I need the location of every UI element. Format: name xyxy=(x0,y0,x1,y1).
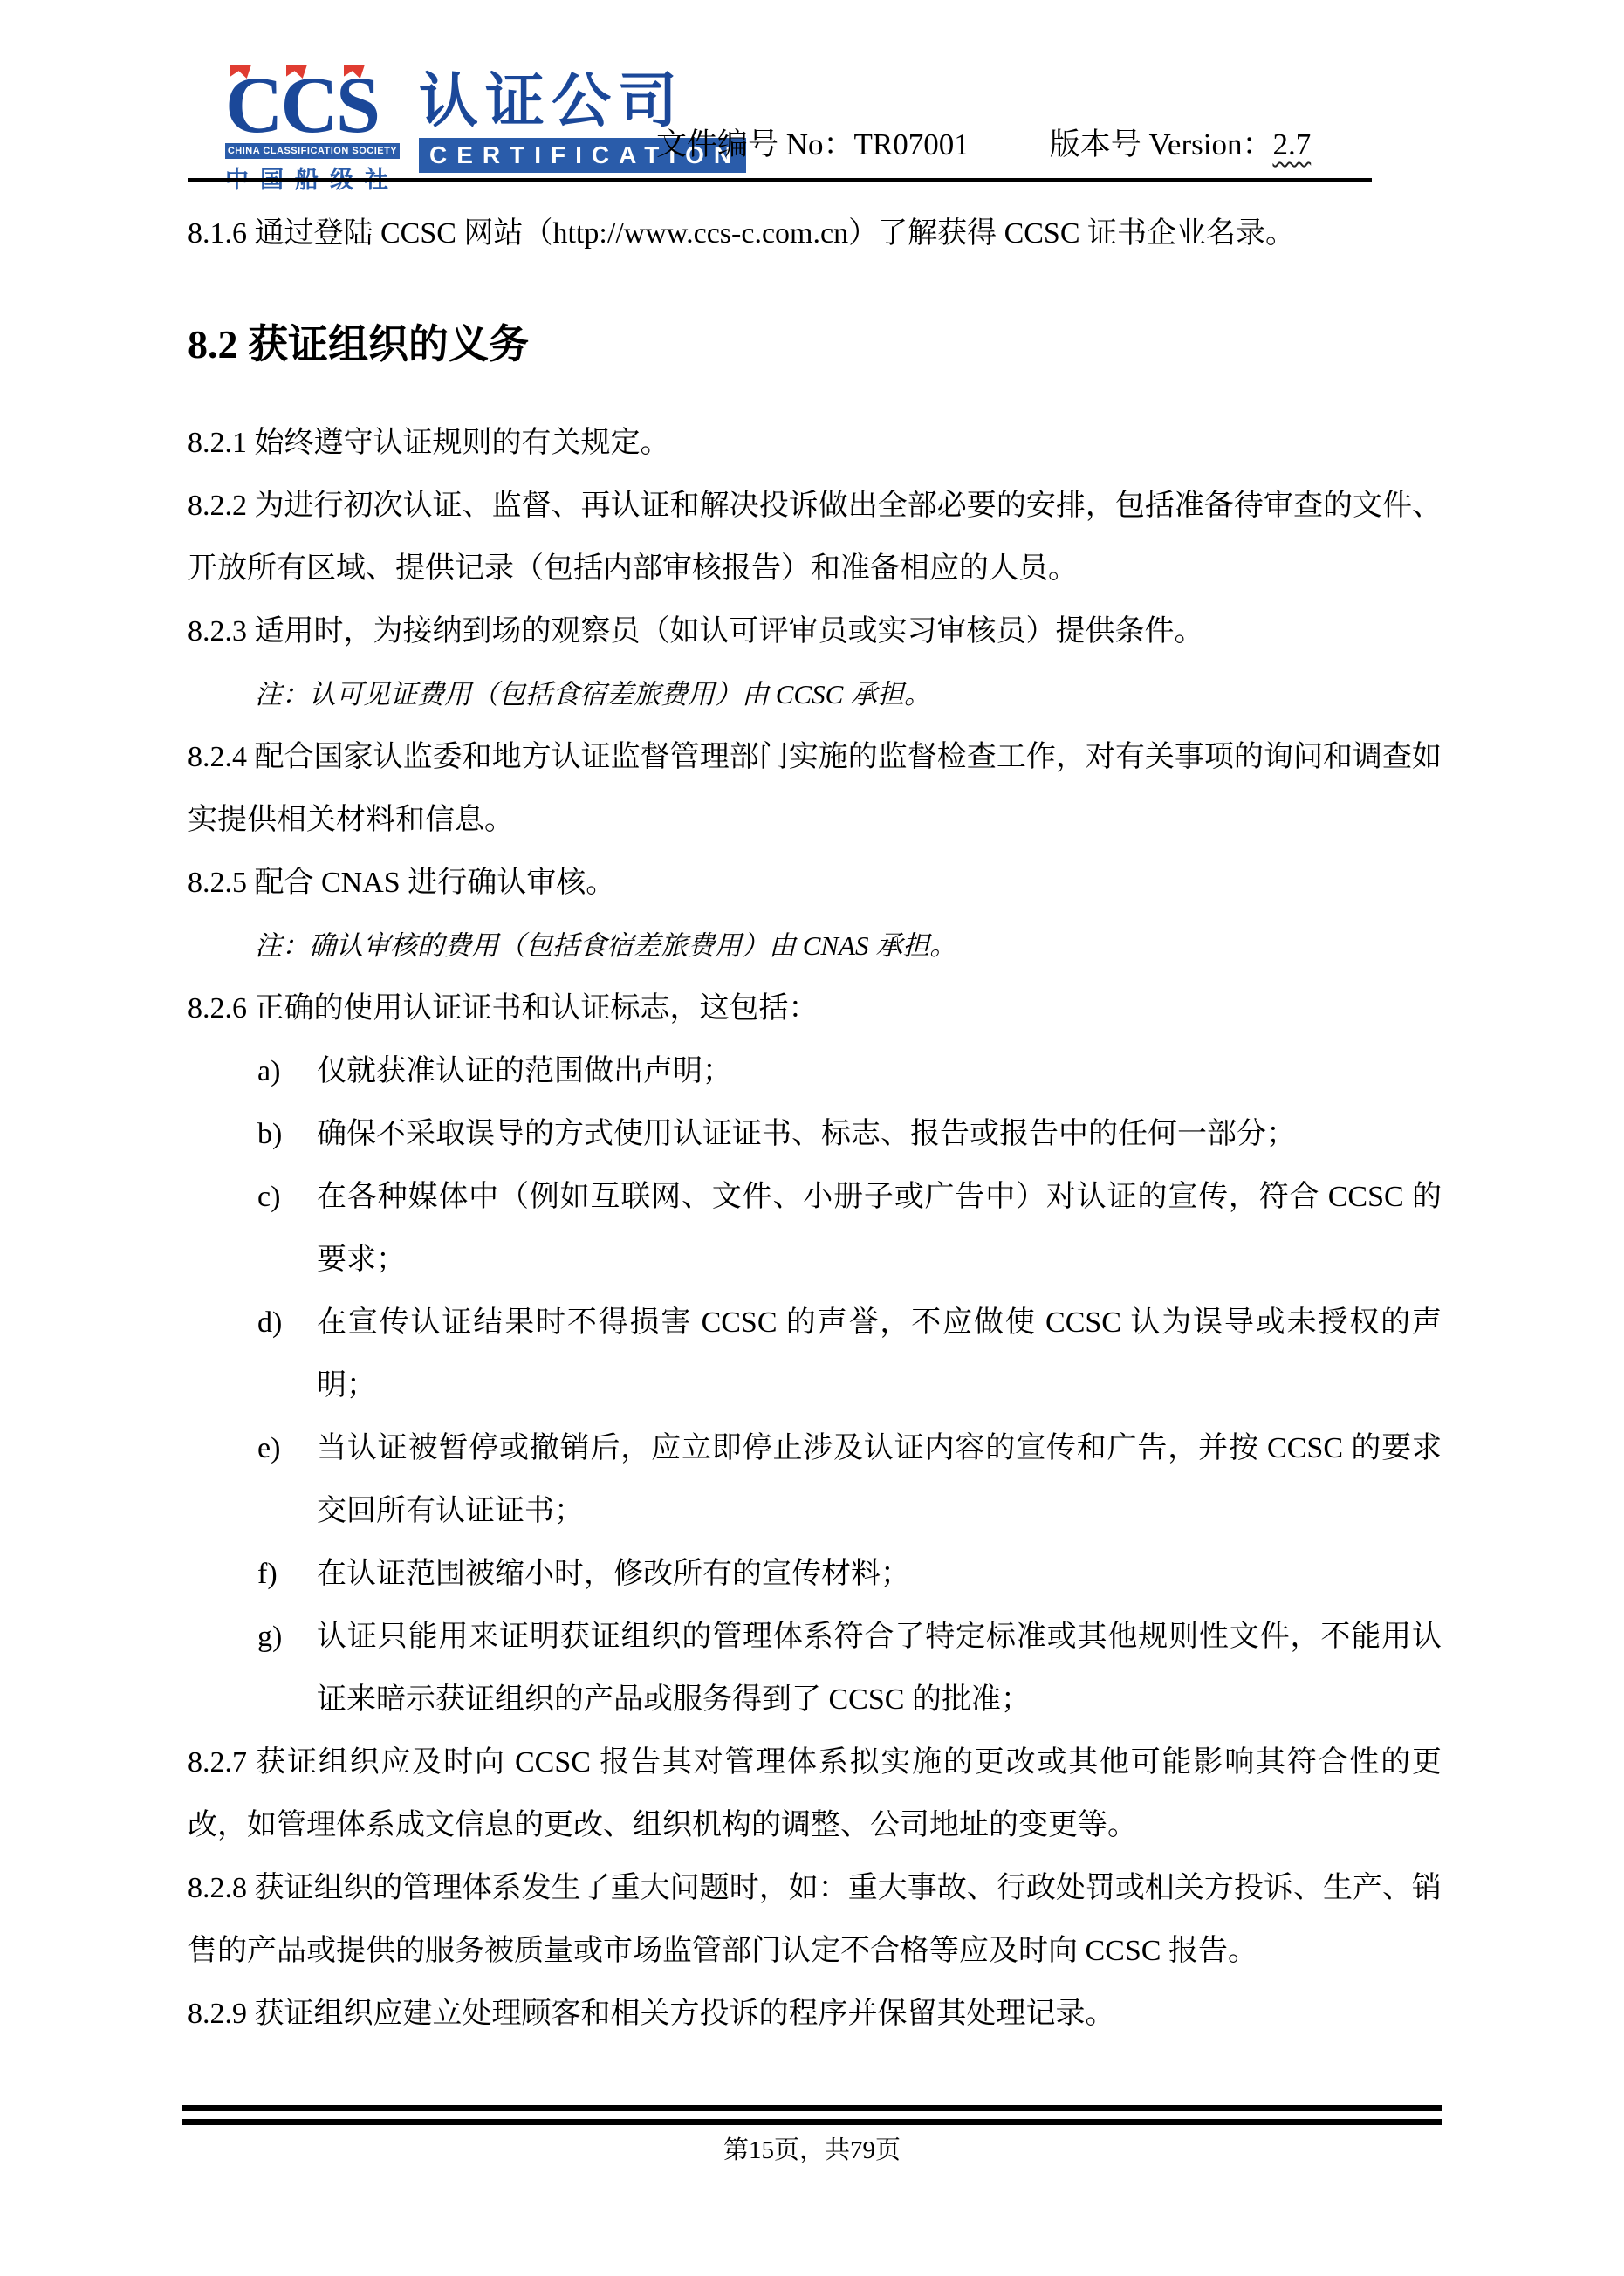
header-divider-line xyxy=(188,178,1372,182)
page-number: 第15页，共79页 xyxy=(0,2130,1624,2166)
logo-society-en: CHINA CLASSIFICATION SOCIETY xyxy=(225,143,400,159)
list-marker-e: e) xyxy=(257,1417,280,1480)
paragraph-8-2-2: 8.2.2 为进行初次认证、监督、再认证和解决投诉做出全部必要的安排，包括准备待… xyxy=(188,475,1442,600)
paragraph-8-1-6: 8.1.6 通过登陆 CCSC 网站（http://www.ccs-c.com.… xyxy=(188,202,1442,265)
list-text-b: 确保不采取误导的方式使用认证证书、标志、报告或报告中的任何一部分； xyxy=(317,1118,1296,1150)
list-item-b: b)确保不采取误导的方式使用认证证书、标志、报告或报告中的任何一部分； xyxy=(188,1103,1442,1166)
paragraph-8-2-5: 8.2.5 配合 CNAS 进行确认审核。 xyxy=(188,852,1442,915)
paragraph-8-2-4: 8.2.4 配合国家认监委和地方认证监督管理部门实施的监督检查工作，对有关事项的… xyxy=(188,726,1442,852)
list-text-d: 在宣传认证结果时不得损害 CCSC 的声誉，不应做使 CCSC 认为误导或未授权… xyxy=(317,1306,1442,1402)
list-text-g: 认证只能用来证明获证组织的管理体系符合了特定标准或其他规则性文件，不能用认证来暗… xyxy=(317,1621,1442,1716)
note-8-2-5: 注：确认审核的费用（包括食宿差旅费用）由 CNAS 承担。 xyxy=(188,915,1442,977)
list-item-f: f)在认证范围被缩小时，修改所有的宣传材料； xyxy=(188,1543,1442,1606)
paragraph-8-2-8: 8.2.8 获证组织的管理体系发生了重大问题时，如：重大事故、行政处罚或相关方投… xyxy=(188,1857,1442,1983)
version-label: 版本号 Version： xyxy=(1050,127,1273,161)
list-item-e: e)当认证被暂停或撤销后，应立即停止涉及认证内容的宣传和广告，并按 CCSC 的… xyxy=(188,1417,1442,1543)
footer-divider-line-bottom xyxy=(182,2119,1442,2125)
list-text-e: 当认证被暂停或撤销后，应立即停止涉及认证内容的宣传和广告，并按 CCSC 的要求… xyxy=(317,1432,1442,1527)
paragraph-8-2-3: 8.2.3 适用时，为接纳到场的观察员（如认可评审员或实习审核员）提供条件。 xyxy=(188,600,1442,663)
doc-no-label: 文件编号 No： xyxy=(656,127,854,161)
list-marker-g: g) xyxy=(257,1606,282,1669)
list-text-c: 在各种媒体中（例如互联网、文件、小册子或广告中）对认证的宣传，符合 CCSC 的… xyxy=(317,1181,1442,1276)
list-marker-d: d) xyxy=(257,1292,282,1354)
note-8-2-3: 注：认可见证费用（包括食宿差旅费用）由 CCSC 承担。 xyxy=(188,663,1442,726)
list-item-c: c)在各种媒体中（例如互联网、文件、小册子或广告中）对认证的宣传，符合 CCSC… xyxy=(188,1166,1442,1292)
list-item-g: g)认证只能用来证明获证组织的管理体系符合了特定标准或其他规则性文件，不能用认证… xyxy=(188,1606,1442,1731)
document-header-info: 文件编号 No：TR07001版本号 Version：2.7 xyxy=(656,120,1311,164)
list-marker-a: a) xyxy=(257,1040,280,1103)
section-heading-8-2: 8.2 获证组织的义务 xyxy=(188,319,1442,370)
footer-divider-line-top xyxy=(182,2105,1442,2111)
document-page: CCS CHINA CLASSIFICATION SOCIETY 中国船级社 认… xyxy=(0,0,1624,2276)
logo-ccs-text: CCS xyxy=(225,70,400,140)
list-marker-c: c) xyxy=(257,1166,280,1229)
version-value: 2.7 xyxy=(1272,127,1311,161)
list-item-d: d)在宣传认证结果时不得损害 CCSC 的声誉，不应做使 CCSC 认为误导或未… xyxy=(188,1292,1442,1417)
paragraph-8-2-6: 8.2.6 正确的使用认证证书和认证标志，这包括： xyxy=(188,977,1442,1040)
doc-no-value: TR07001 xyxy=(854,127,970,161)
ccs-logo-left: CCS CHINA CLASSIFICATION SOCIETY 中国船级社 xyxy=(225,70,400,195)
document-body: 8.1.6 通过登陆 CCSC 网站（http://www.ccs-c.com.… xyxy=(188,202,1442,2046)
list-item-a: a)仅就获准认证的范围做出声明； xyxy=(188,1040,1442,1103)
paragraph-8-2-7: 8.2.7 获证组织应及时向 CCSC 报告其对管理体系拟实施的更改或其他可能影… xyxy=(188,1731,1442,1857)
paragraph-8-2-1: 8.2.1 始终遵守认证规则的有关规定。 xyxy=(188,412,1442,475)
list-text-a: 仅就获准认证的范围做出声明； xyxy=(317,1055,732,1087)
list-text-f: 在认证范围被缩小时，修改所有的宣传材料； xyxy=(317,1558,910,1590)
paragraph-8-2-9: 8.2.9 获证组织应建立处理顾客和相关方投诉的程序并保留其处理记录。 xyxy=(188,1983,1442,2046)
list-marker-b: b) xyxy=(257,1103,282,1166)
list-marker-f: f) xyxy=(257,1543,278,1606)
